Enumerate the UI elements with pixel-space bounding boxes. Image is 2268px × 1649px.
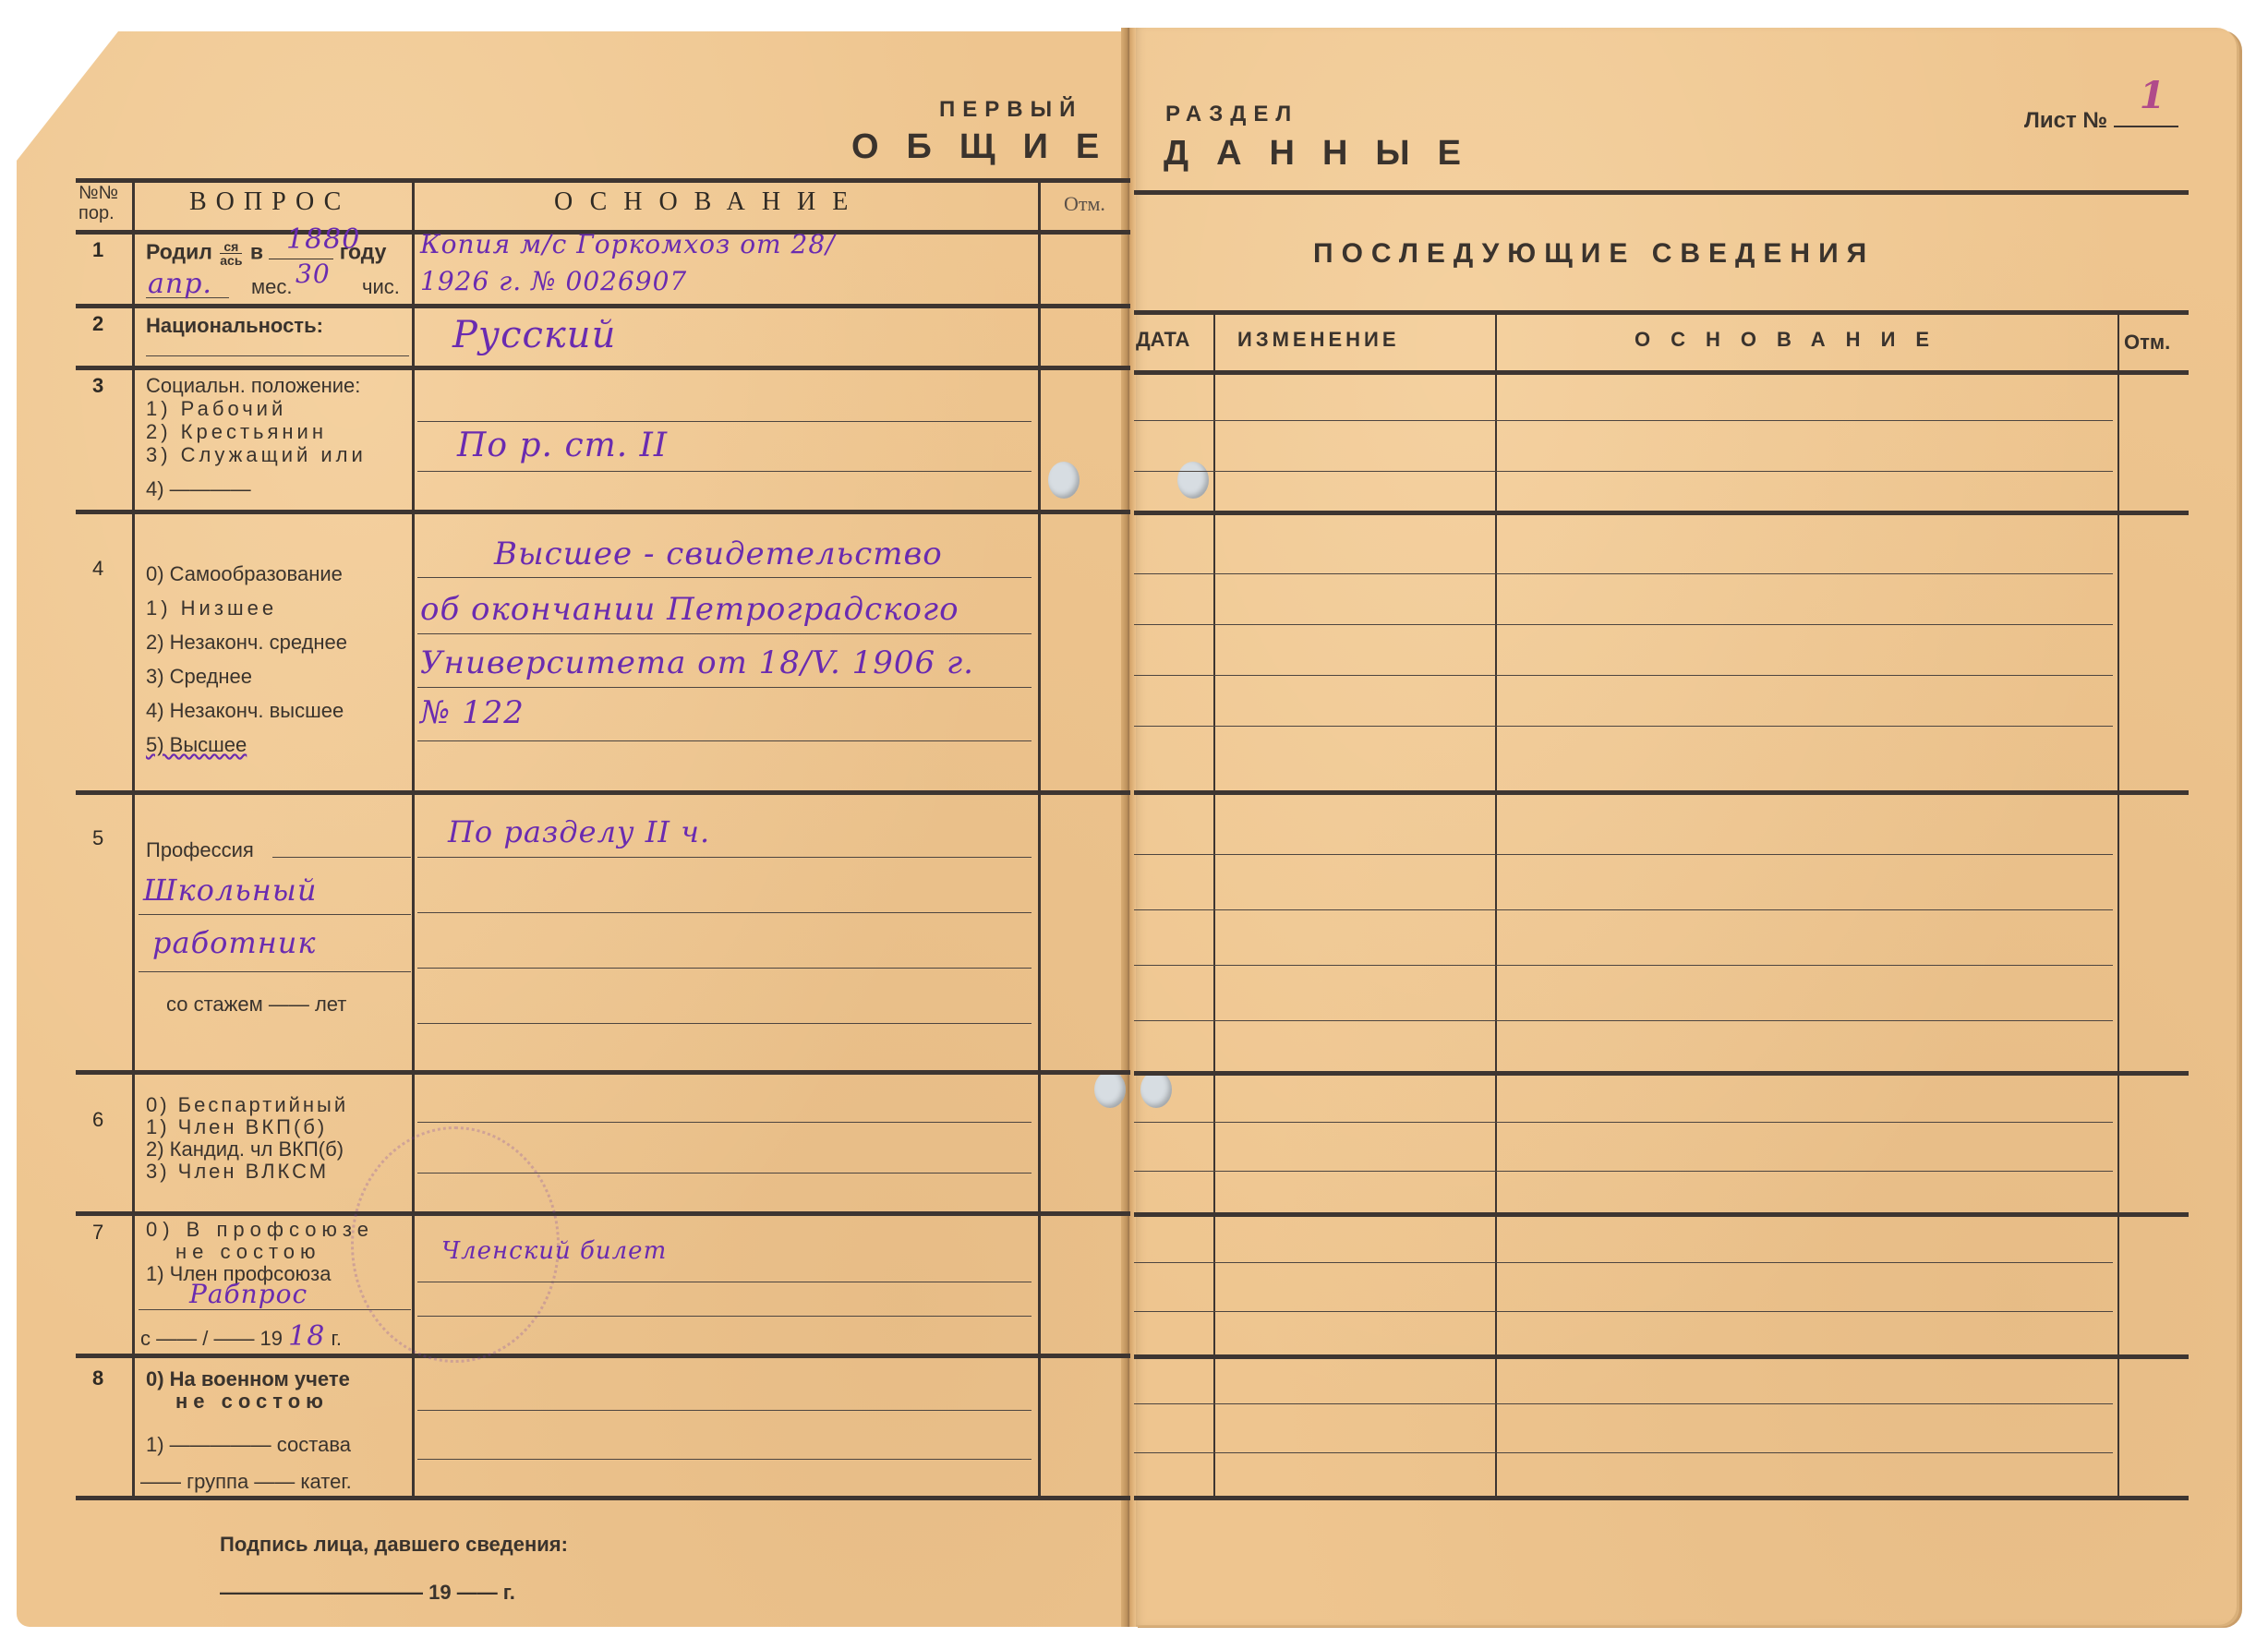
nationality-question: Национальность: [146, 314, 323, 337]
education-basis-line3: Университета от 18/V. 1906 г. [420, 644, 974, 681]
education-basis-line2: об окончании Петроградского [420, 591, 959, 628]
punch-hole [1140, 1071, 1172, 1108]
table-rule [76, 178, 1130, 183]
col-header-note-right: Отм. [2124, 331, 2170, 355]
punch-hole [1094, 1071, 1126, 1108]
field-underline [417, 857, 1031, 858]
row-number: 5 [92, 826, 103, 850]
col-header-basis-right: ОСНОВАНИЕ [1635, 328, 1949, 352]
field-underline [417, 1459, 1031, 1460]
entry-line [1134, 573, 2113, 574]
union-basis: Членский билет [441, 1237, 667, 1265]
party-option-3[interactable]: 3) Член ВЛКСМ [146, 1161, 348, 1183]
table-rule [1134, 1212, 2189, 1217]
section-title-right: ДАННЫЕ [1164, 134, 1489, 174]
table-rule [76, 1211, 1130, 1216]
table-rule [1134, 310, 2189, 315]
field-underline [417, 1023, 1031, 1024]
entry-line [1134, 1020, 2113, 1021]
nationality-value: Русский [452, 314, 616, 356]
profession-value-line2: работник [152, 925, 317, 960]
row-number: 6 [92, 1108, 103, 1132]
table-rule [76, 1354, 1130, 1358]
birth-basis-line2: 1926 г. № 0026907 [420, 266, 687, 296]
col-header-date: ДАТА [1136, 328, 1189, 352]
table-rule [1134, 1354, 2189, 1359]
table-rule [1134, 790, 2189, 795]
book-spine [1121, 28, 1136, 1627]
field-underline [417, 421, 1031, 422]
section-label-right: РАЗДЕЛ [1165, 102, 1298, 127]
field-underline [417, 968, 1031, 969]
entry-line [1134, 726, 2113, 727]
table-rule [76, 366, 1130, 370]
field-underline [417, 1410, 1031, 1411]
military-option-0-cont: не состою [146, 1390, 350, 1413]
social-question: Социальн. положение: 1) Рабочий 2) Крест… [146, 374, 367, 500]
col-header-note: Отм. [1064, 192, 1105, 216]
social-basis: По р. ст. II [457, 427, 668, 464]
union-since-prefix: с —— / —— 19 [140, 1327, 283, 1350]
sheet-number-label: Лист № 1 [2024, 107, 2178, 134]
education-option-3[interactable]: 3) Среднее [146, 659, 347, 693]
social-title: Социальн. положение: [146, 374, 367, 397]
education-basis-line4: № 122 [420, 694, 525, 731]
row-number: 3 [92, 374, 103, 398]
education-option-1[interactable]: 1) Низшее [146, 591, 347, 625]
row-number: 2 [92, 312, 103, 336]
entry-line [1134, 1171, 2113, 1172]
table-rule [1134, 511, 2189, 515]
social-option-1[interactable]: 1) Рабочий [146, 397, 367, 420]
section-label-left: ПЕРВЫЙ [939, 97, 1082, 123]
military-option-0[interactable]: 0) На военном учете [146, 1368, 350, 1390]
signature-label: Подпись лица, давшего сведения: [220, 1533, 568, 1556]
field-underline [417, 577, 1031, 578]
table-rule [1134, 190, 2189, 195]
col-num-line1: №№ [78, 183, 118, 203]
field-underline [146, 355, 409, 356]
field-underline [417, 633, 1031, 634]
field-underline [417, 1122, 1031, 1123]
birth-prefix: Родил [146, 240, 212, 264]
birth-day-label: чис. [362, 275, 400, 298]
social-option-4[interactable]: 4) ———— [146, 477, 367, 500]
education-option-2[interactable]: 2) Незаконч. среднее [146, 625, 347, 659]
union-since-suffix: г. [331, 1327, 341, 1350]
birth-month-value: апр. [148, 268, 212, 300]
field-underline [139, 1309, 411, 1310]
military-options: 0) На военном учете не состою [146, 1368, 350, 1413]
entry-line [1134, 1122, 2113, 1123]
col-num-line2: пор. [78, 203, 118, 223]
profession-basis: По разделу II ч. [448, 814, 710, 849]
right-table-title: ПОСЛЕДУЮЩИЕ СВЕДЕНИЯ [1313, 238, 1875, 270]
entry-line [1134, 1262, 2113, 1263]
row-number: 7 [92, 1221, 103, 1245]
field-underline [417, 1316, 1031, 1317]
signature-date-line[interactable]: —————————— 19 —— г. [220, 1581, 515, 1604]
military-line1: 1) ————— состава [146, 1433, 351, 1456]
entry-line [1134, 854, 2113, 855]
table-rule [1134, 370, 2189, 375]
sheet-number-field[interactable]: 1 [2114, 107, 2178, 127]
party-options: 0) Беспартийный 1) Член ВКП(б) 2) Кандид… [146, 1094, 348, 1183]
entry-line [1134, 965, 2113, 966]
union-name: Рабпрос [189, 1279, 308, 1309]
field-underline [139, 914, 411, 915]
sheet-label: Лист № [2024, 108, 2107, 133]
table-col-rule [2117, 310, 2119, 1496]
birth-month-label: мес. [251, 275, 292, 298]
education-option-4[interactable]: 4) Незаконч. высшее [146, 693, 347, 728]
field-underline [272, 857, 411, 858]
entry-line [1134, 909, 2113, 910]
table-rule [76, 304, 1130, 308]
social-option-2[interactable]: 2) Крестьянин [146, 420, 367, 443]
party-option-0[interactable]: 0) Беспартийный [146, 1094, 348, 1116]
entry-line [1134, 624, 2113, 625]
col-header-question: ВОПРОС [189, 187, 350, 217]
union-option-0[interactable]: 0) В профсоюзе [146, 1219, 374, 1241]
birth-year-value: 1880 [286, 223, 360, 256]
birth-basis-line1: Копия м/с Горкомхоз от 28/ [420, 229, 836, 259]
union-option-0-cont: не состою [146, 1241, 374, 1263]
birth-suffix-f: ась [220, 254, 242, 267]
education-basis-line1: Высшее - свидетельство [494, 536, 943, 572]
party-option-1[interactable]: 1) Член ВКП(б) [146, 1116, 348, 1138]
table-col-rule [1038, 178, 1041, 1499]
profession-value-line1: Школьный [143, 873, 317, 908]
entry-line [1134, 675, 2113, 676]
col-header-change: ИЗМЕНЕНИЕ [1237, 328, 1400, 352]
profession-label: Профессия [146, 838, 254, 861]
education-option-5[interactable]: 5) Высшее [146, 728, 347, 762]
birth-in: в [250, 240, 263, 264]
field-underline [417, 471, 1031, 472]
punch-hole [1177, 462, 1209, 499]
entry-line [1134, 1452, 2113, 1453]
row-number: 8 [92, 1366, 103, 1390]
table-rule [76, 1070, 1130, 1075]
col-header-basis: ОСНОВАНИЕ [554, 187, 864, 217]
entry-line [1134, 420, 2113, 421]
table-col-rule [1495, 310, 1497, 1496]
sheet-number-value: 1 [2140, 74, 2166, 117]
row-number: 4 [92, 557, 103, 581]
section-title-left: ОБЩИЕ [851, 127, 1127, 167]
field-underline [417, 740, 1031, 741]
punch-hole [1048, 462, 1080, 499]
table-rule [76, 1496, 1130, 1500]
military-line2: —— группа —— катег. [140, 1470, 352, 1493]
table-rule [76, 790, 1130, 795]
table-rule [1134, 1071, 2189, 1076]
table-rule [1134, 1496, 2189, 1500]
entry-line [1134, 1403, 2113, 1404]
table-col-rule [132, 178, 135, 1499]
entry-line [1134, 1311, 2113, 1312]
col-header-num: №№ пор. [78, 183, 118, 223]
union-since-label: с —— / —— 19 18 г. [140, 1325, 342, 1350]
row-number: 1 [92, 238, 103, 262]
union-since-year: 18 [288, 1320, 325, 1353]
table-rule [76, 510, 1130, 514]
table-col-rule [1213, 310, 1215, 1496]
experience-label: со стажем —— лет [166, 993, 346, 1016]
field-underline [417, 687, 1031, 688]
birth-day-value: 30 [296, 259, 331, 289]
education-options: 0) Самообразование 1) Низшее 2) Незаконч… [146, 557, 347, 762]
field-underline [139, 971, 411, 972]
birth-suffix-m: ся [220, 240, 242, 254]
field-underline [417, 912, 1031, 913]
social-option-3[interactable]: 3) Служащий или [146, 443, 367, 466]
field-underline [417, 1282, 1031, 1282]
party-option-2[interactable]: 2) Кандид. чл ВКП(б) [146, 1138, 348, 1161]
union-options: 0) В профсоюзе не состою 1) Член профсою… [146, 1219, 374, 1285]
entry-line [1134, 471, 2113, 472]
education-option-0[interactable]: 0) Самообразование [146, 557, 347, 591]
